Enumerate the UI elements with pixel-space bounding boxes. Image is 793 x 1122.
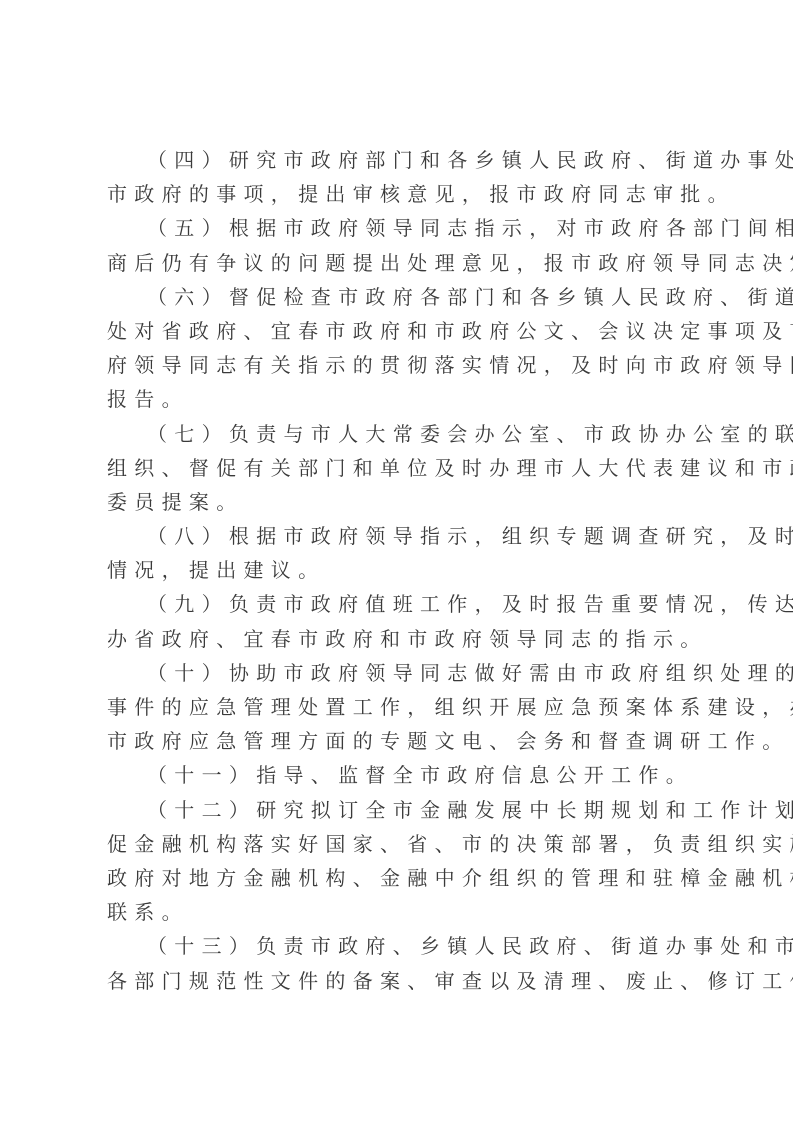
- paragraph-4: （四）研究市政府部门和各乡镇人民政府、街道办事处请示 市政府的事项，提出审核意见…: [107, 143, 689, 211]
- text-line: 市政府应急管理方面的专题文电、会务和督查调研工作。: [107, 724, 689, 758]
- text-line: （四）研究市政府部门和各乡镇人民政府、街道办事处请示: [107, 143, 689, 177]
- text-line: （五）根据市政府领导同志指示，对市政府各部门间相互协: [107, 211, 689, 245]
- text-line: （八）根据市政府领导指示，组织专题调查研究，及时反馈: [107, 519, 689, 553]
- text-line: （六）督促检查市政府各部门和各乡镇人民政府、街道办事: [107, 280, 689, 314]
- text-line: 处对省政府、宜春市政府和市政府公文、会议决定事项及市政: [107, 314, 689, 348]
- document-body: （四）研究市政府部门和各乡镇人民政府、街道办事处请示 市政府的事项，提出审核意见…: [107, 143, 689, 998]
- text-line: （十一）指导、监督全市政府信息公开工作。: [107, 758, 689, 792]
- text-line: 商后仍有争议的问题提出处理意见，报市政府领导同志决定。: [107, 246, 689, 280]
- paragraph-7: （七）负责与市人大常委会办公室、市政协办公室的联系， 组织、督促有关部门和单位及…: [107, 417, 689, 520]
- paragraph-8: （八）根据市政府领导指示，组织专题调查研究，及时反馈 情况，提出建议。: [107, 519, 689, 587]
- text-line: 促金融机构落实好国家、省、市的决策部署，负责组织实施市: [107, 827, 689, 861]
- text-line: （七）负责与市人大常委会办公室、市政协办公室的联系，: [107, 417, 689, 451]
- paragraph-5: （五）根据市政府领导同志指示，对市政府各部门间相互协 商后仍有争议的问题提出处理…: [107, 211, 689, 279]
- text-line: （十二）研究拟订全市金融发展中长期规划和工作计划，督: [107, 793, 689, 827]
- text-line: 报告。: [107, 382, 689, 416]
- text-line: 政府对地方金融机构、金融中介组织的管理和驻樟金融机构的: [107, 861, 689, 895]
- text-line: 事件的应急管理处置工作，组织开展应急预案体系建设，办理: [107, 690, 689, 724]
- text-line: 市政府的事项，提出审核意见，报市政府同志审批。: [107, 177, 689, 211]
- paragraph-10: （十）协助市政府领导同志做好需由市政府组织处理的突发 事件的应急管理处置工作，组…: [107, 656, 689, 759]
- text-line: 组织、督促有关部门和单位及时办理市人大代表建议和市政协: [107, 451, 689, 485]
- text-line: 联系。: [107, 895, 689, 929]
- paragraph-6: （六）督促检查市政府各部门和各乡镇人民政府、街道办事 处对省政府、宜春市政府和市…: [107, 280, 689, 417]
- text-line: 情况，提出建议。: [107, 553, 689, 587]
- text-line: 各部门规范性文件的备案、审查以及清理、废止、修订工作；: [107, 964, 689, 998]
- paragraph-11: （十一）指导、监督全市政府信息公开工作。: [107, 758, 689, 792]
- text-line: 委员提案。: [107, 485, 689, 519]
- document-page: （四）研究市政府部门和各乡镇人民政府、街道办事处请示 市政府的事项，提出审核意见…: [0, 0, 793, 1122]
- paragraph-9: （九）负责市政府值班工作，及时报告重要情况，传达、督 办省政府、宜春市政府和市政…: [107, 587, 689, 655]
- text-line: 办省政府、宜春市政府和市政府领导同志的指示。: [107, 622, 689, 656]
- text-line: （十）协助市政府领导同志做好需由市政府组织处理的突发: [107, 656, 689, 690]
- paragraph-12: （十二）研究拟订全市金融发展中长期规划和工作计划，督 促金融机构落实好国家、省、…: [107, 793, 689, 930]
- text-line: （十三）负责市政府、乡镇人民政府、街道办事处和市政府: [107, 929, 689, 963]
- text-line: 府领导同志有关指示的贯彻落实情况，及时向市政府领导同志: [107, 348, 689, 382]
- paragraph-13: （十三）负责市政府、乡镇人民政府、街道办事处和市政府 各部门规范性文件的备案、审…: [107, 929, 689, 997]
- text-line: （九）负责市政府值班工作，及时报告重要情况，传达、督: [107, 587, 689, 621]
